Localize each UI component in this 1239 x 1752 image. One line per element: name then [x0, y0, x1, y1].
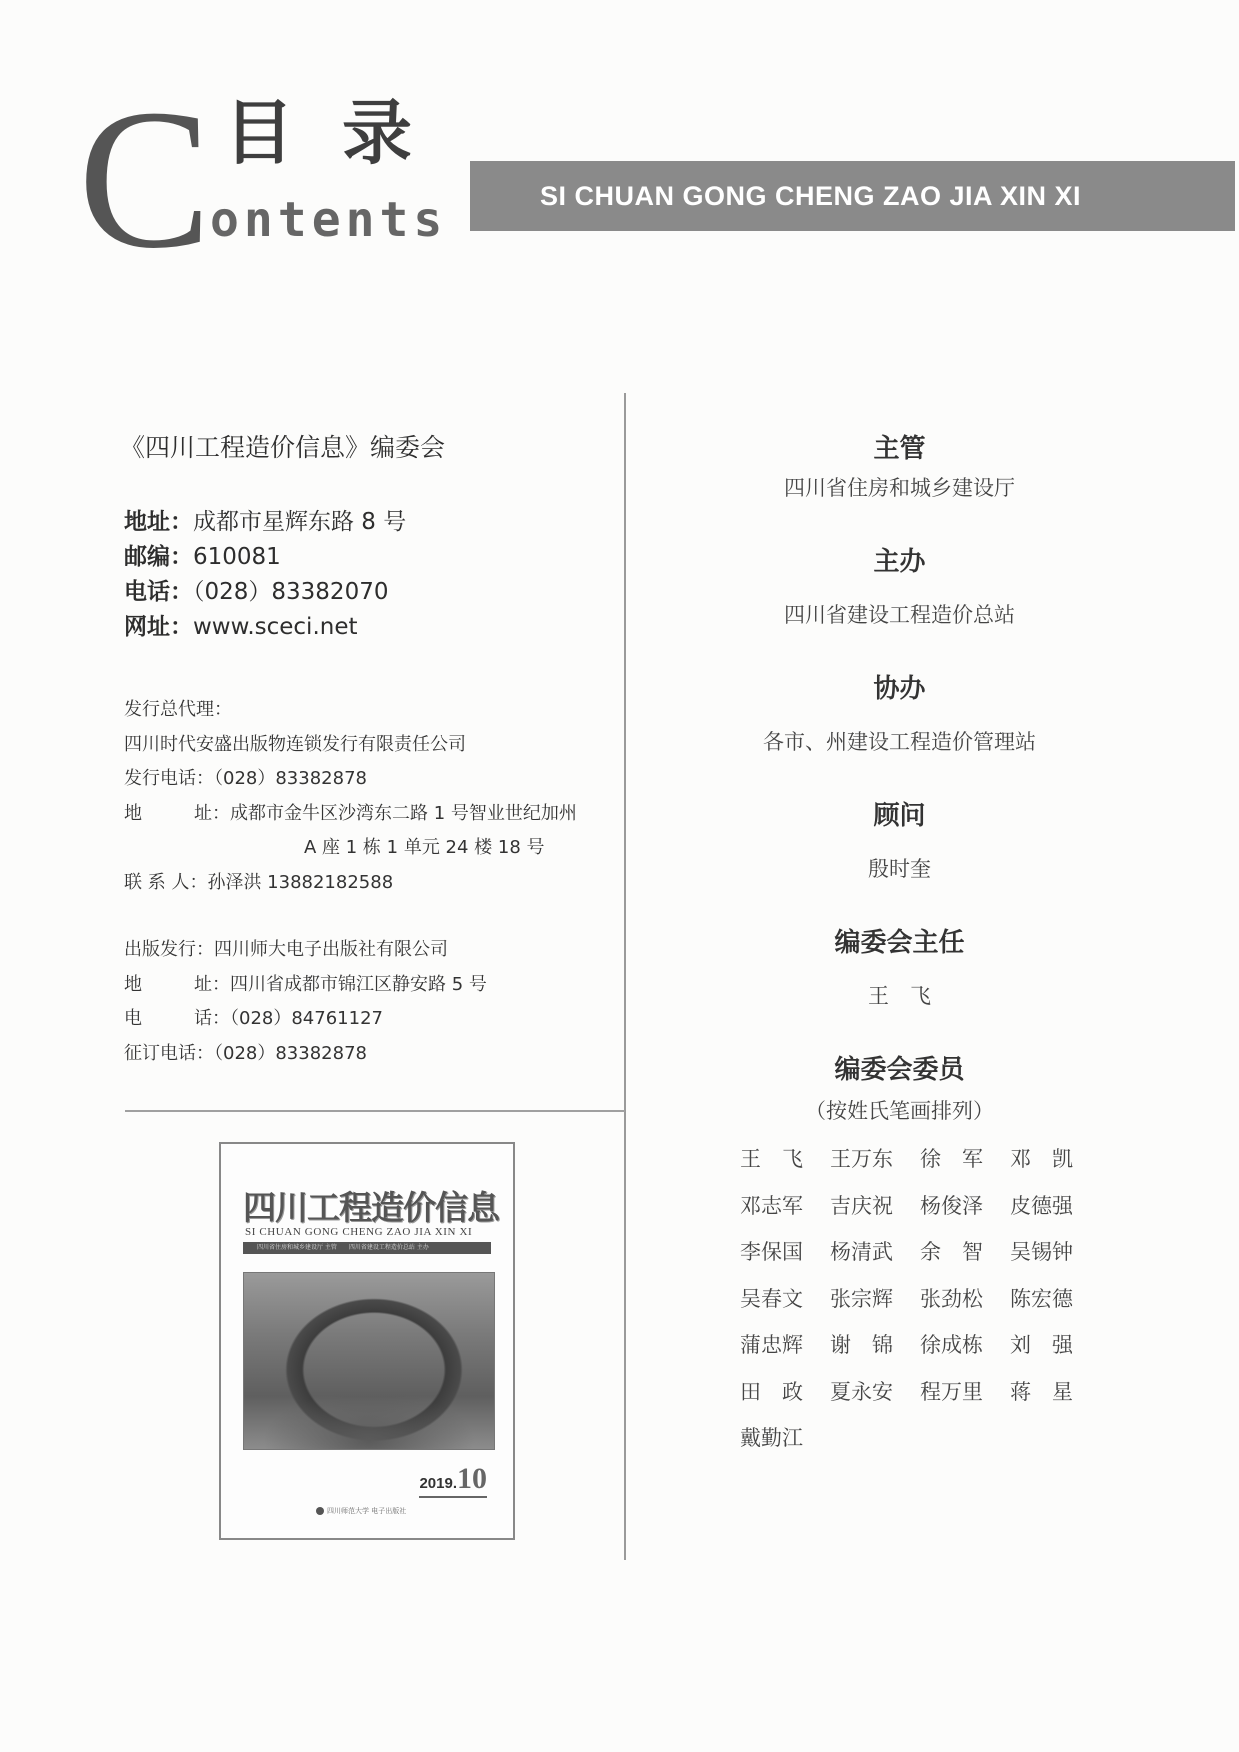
value-sponsor: 四川省建设工程造价总站: [632, 599, 1167, 629]
contact-phone: 电话：（028）83382070: [124, 575, 406, 610]
members-row: 邓志军吉庆祝杨俊泽皮德强: [740, 1190, 1100, 1237]
heading-supervisor: 主管: [632, 428, 1167, 465]
distribution-info: 发行总代理： 四川时代安盛出版物连锁发行有限责任公司 发行电话：（028）833…: [124, 693, 577, 900]
value-director: 王 飞: [632, 980, 1167, 1010]
heading-members: 编委会委员: [632, 1049, 1167, 1086]
publisher-info: 出版发行：四川师大电子出版社有限公司 地址：四川省成都市锦江区静安路 5 号 电…: [124, 933, 487, 1071]
members-list: 王 飞王万东徐 军邓 凯 邓志军吉庆祝杨俊泽皮德强 李保国杨清武余 智吴锡钟 吴…: [740, 1143, 1100, 1469]
contents-big-letter: C: [78, 80, 207, 280]
heading-director: 编委会主任: [632, 922, 1167, 959]
publisher-logo-icon: [316, 1507, 324, 1515]
value-co-organizer: 各市、州建设工程造价管理站: [632, 726, 1167, 756]
cover-publisher-mark: 四川师范大学 电子出版社: [316, 1506, 406, 1516]
members-row: 李保国杨清武余 智吴锡钟: [740, 1236, 1100, 1283]
contact-website: 网址：www.sceci.net: [124, 610, 406, 645]
cover-info-bar: 四川省住房和城乡建设厅 主管 四川省建设工程造价总站 主办: [243, 1242, 491, 1254]
members-row: 田 政夏永安程万里蒋 星: [740, 1376, 1100, 1423]
contact-address: 地址：成都市星辉东路 8 号: [124, 505, 406, 540]
committee-title: 《四川工程造价信息》编委会: [120, 428, 445, 464]
column-divider: [624, 393, 626, 1560]
contact-info: 地址：成都市星辉东路 8 号 邮编：610081 电话：（028）8338207…: [124, 505, 406, 645]
members-note: （按姓氏笔画排列）: [632, 1095, 1167, 1125]
members-row: 吴春文张宗辉张劲松陈宏德: [740, 1283, 1100, 1330]
website-link[interactable]: www.sceci.net: [193, 614, 358, 640]
contact-postcode: 邮编：610081: [124, 540, 406, 575]
heading-co-organizer: 协办: [632, 668, 1167, 705]
members-row: 戴勤江: [740, 1422, 1100, 1469]
heading-sponsor: 主办: [632, 541, 1167, 578]
cover-title: 四川工程造价信息: [243, 1182, 499, 1229]
cover-issue: 2019.10: [419, 1462, 487, 1498]
cover-subtitle: SI CHUAN GONG CHENG ZAO JIA XIN XI: [245, 1226, 472, 1238]
cover-photo: [243, 1272, 495, 1450]
value-supervisor: 四川省住房和城乡建设厅: [632, 472, 1167, 502]
members-row: 王 飞王万东徐 军邓 凯: [740, 1143, 1100, 1190]
heading-advisor: 顾问: [632, 795, 1167, 832]
section-divider: [125, 1110, 625, 1112]
value-advisor: 殷时奎: [632, 853, 1167, 883]
magazine-cover-image: 四川工程造价信息 SI CHUAN GONG CHENG ZAO JIA XIN…: [219, 1142, 515, 1540]
journal-banner: SI CHUAN GONG CHENG ZAO JIA XIN XI: [470, 161, 1235, 231]
page-title-cn: 目录: [224, 98, 460, 168]
page-title-en: ontents: [210, 196, 447, 244]
members-row: 蒲忠辉谢 锦徐成栋刘 强: [740, 1329, 1100, 1376]
